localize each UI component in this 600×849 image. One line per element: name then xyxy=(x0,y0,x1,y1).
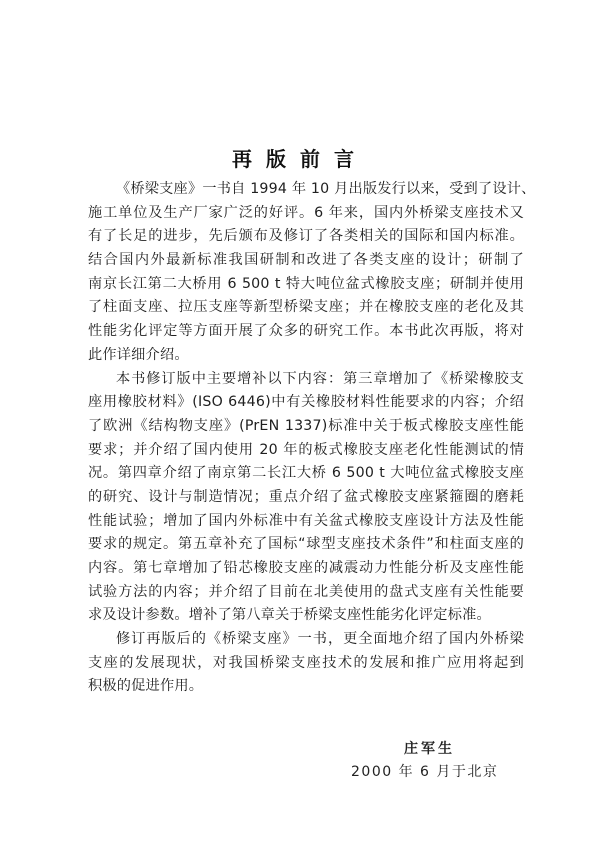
paragraph-1-line: 性能劣化评定等方面开展了众多的研究工作。本书此次再版，将对 xyxy=(88,320,524,344)
paragraph-2-line: 要求的规定。第五章补充了国标“球型支座技术条件”和柱面支座的 xyxy=(88,533,524,557)
paragraph-2-line: 况。第四章介绍了南京第二长江大桥 6 500 t 大吨位盆式橡胶支座 xyxy=(88,462,524,486)
paragraph-2-line: 座用橡胶材料》(ISO 6446)中有关橡胶材料性能要求的内容；介绍 xyxy=(88,391,524,415)
paragraph-1-line: 了柱面支座、拉压支座等新型桥梁支座；并在橡胶支座的老化及其 xyxy=(88,296,524,320)
preface-body: 《桥梁支座》一书自 1994 年 10 月出版发行以来，受到了设计、 施工单位及… xyxy=(88,178,524,699)
paragraph-1-line: 此作详细介绍。 xyxy=(88,344,524,368)
paragraph-2-line: 求及设计参数。增补了第八章关于桥梁支座性能劣化评定标准。 xyxy=(88,604,524,628)
paragraph-1-line: 南京长江第二大桥用 6 500 t 特大吨位盆式橡胶支座；研制并使用 xyxy=(88,273,524,297)
author-signature: 庄军生 xyxy=(404,738,455,758)
paragraph-2-line: 性能试验；增加了国内外标准中有关盆式橡胶支座设计方法及性能 xyxy=(88,510,524,534)
paragraph-3-line: 修订再版后的《桥梁支座》一书，更全面地介绍了国内外桥梁 xyxy=(88,628,524,652)
paragraph-2-line: 要求；并介绍了国内使用 20 年的板式橡胶支座老化性能测试的情 xyxy=(88,439,524,463)
paragraph-2-line: 的研究、设计与制造情况；重点介绍了盆式橡胶支座紧箍圈的磨耗 xyxy=(88,486,524,510)
paragraph-2-line: 本书修订版中主要增补以下内容：第三章增加了《桥梁橡胶支 xyxy=(88,368,524,392)
page-title: 再版前言 xyxy=(0,143,600,172)
paragraph-2-line: 了欧洲《结构物支座》(PrEN 1337)标准中关于板式橡胶支座性能 xyxy=(88,415,524,439)
paragraph-1-line: 施工单位及生产厂家广泛的好评。6 年来，国内外桥梁支座技术又 xyxy=(88,202,524,226)
paragraph-1-line: 结合国内外最新标准我国研制和改进了各类支座的设计；研制了 xyxy=(88,249,524,273)
paragraph-1-line: 有了长足的进步，先后颁布及修订了各类相关的国际和国内标准。 xyxy=(88,225,524,249)
paragraph-2-line: 试验方法的内容；并介绍了目前在北美使用的盘式支座有关性能要 xyxy=(88,581,524,605)
paragraph-1-line: 《桥梁支座》一书自 1994 年 10 月出版发行以来，受到了设计、 xyxy=(88,178,524,202)
paragraph-3-line: 积极的促进作用。 xyxy=(88,675,524,699)
paragraph-3-line: 支座的发展现状，对我国桥梁支座技术的发展和推广应用将起到 xyxy=(88,652,524,676)
signature-date: 2000 年 6 月于北京 xyxy=(351,761,498,781)
paragraph-2-line: 内容。第七章增加了铅芯橡胶支座的减震动力性能分析及支座性能 xyxy=(88,557,524,581)
document-page: 再版前言 《桥梁支座》一书自 1994 年 10 月出版发行以来，受到了设计、 … xyxy=(0,0,600,849)
